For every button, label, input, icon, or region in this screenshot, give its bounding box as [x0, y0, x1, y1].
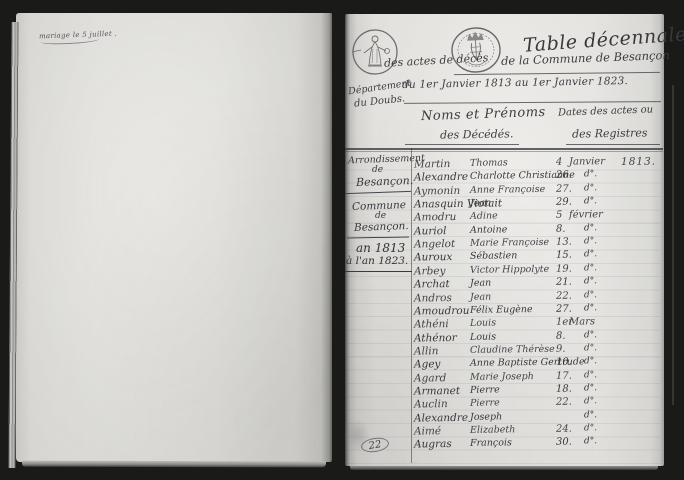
- dates-header-underline: [566, 144, 660, 145]
- margin-note-years-line2: à l'an 1823.: [346, 255, 408, 267]
- firstname-cell: Félix Eugène: [470, 304, 533, 316]
- date-day-cell: 22.: [556, 290, 572, 301]
- page-stack-edge-bottom-left: [22, 461, 326, 468]
- firstname-cell: Marie Françoise: [470, 237, 549, 249]
- crowned-monogram-stamp-icon: [448, 24, 505, 77]
- header-rule-secondary: [345, 151, 663, 152]
- date-ditto-cell: d°.: [584, 170, 597, 180]
- firstname-cell: Sébastien: [470, 251, 517, 263]
- surname-cell: Auriol: [414, 225, 447, 237]
- surname-cell: Aimé: [414, 425, 441, 437]
- date-day-cell: 24.: [556, 424, 572, 435]
- firstname-cell: Pierre: [470, 398, 500, 409]
- surname-cell: Allin: [414, 345, 439, 357]
- surname-cell: Amoudrou: [414, 305, 470, 318]
- firstname-cell: Louis: [470, 318, 496, 329]
- firstname-cell: Antoine: [470, 224, 507, 235]
- date-ditto-cell: d°.: [584, 423, 597, 433]
- date-ditto-cell: d°.: [584, 383, 597, 393]
- margin-note-commune-line3: Besançon.: [354, 220, 409, 234]
- margin-note-arrondissement-line3: Besançon.: [356, 174, 414, 189]
- date-day-cell: 4: [556, 157, 563, 168]
- firstname-cell: Claudine Thérèse: [470, 344, 555, 356]
- left-page: mariage le 5 juillet .: [16, 13, 332, 462]
- firstname-cell: François: [470, 438, 512, 450]
- date-day-cell: 26.: [556, 170, 572, 181]
- surname-cell: Alexandre: [414, 171, 468, 184]
- surname-cell: Andros: [414, 292, 452, 304]
- surname-cell: Alexandre: [414, 411, 468, 424]
- date-month-cell: Mars: [569, 316, 595, 327]
- date-ditto-cell: d°.: [584, 397, 597, 407]
- date-day-cell: 21.: [556, 277, 572, 288]
- firstname-cell: Adine: [470, 211, 498, 222]
- date-day-cell: 29.: [556, 197, 572, 208]
- column-header-names-line2: des Décédés.: [440, 127, 514, 141]
- book-scan: mariage le 5 juillet .: [0, 0, 684, 480]
- firstname-cell: Elizabeth: [470, 424, 515, 436]
- surname-cell: Angelot: [414, 238, 455, 251]
- surname-cell: Arbey: [414, 265, 446, 277]
- right-page: Table décennale des actes de décès de la…: [345, 14, 664, 466]
- firstname-cell: Jean: [470, 291, 491, 302]
- firstname-cell: Thomas: [470, 157, 508, 168]
- date-ditto-cell: d°.: [584, 410, 597, 420]
- date-year-cell: 1813.: [621, 156, 656, 168]
- date-month-cell: février: [569, 210, 603, 221]
- date-day-cell: 18.: [556, 384, 572, 395]
- date-day-cell: 17.: [556, 370, 572, 381]
- date-ditto-cell: d°.: [584, 250, 597, 260]
- header-rule: [345, 148, 663, 150]
- date-day-cell: 9.: [556, 344, 566, 355]
- surname-cell: Amodru: [414, 211, 457, 224]
- date-ditto-cell: d°.: [584, 370, 597, 380]
- surname-cell: Auroux: [414, 251, 453, 263]
- date-day-cell: 5: [556, 210, 563, 221]
- date-day-cell: 27.: [556, 183, 572, 194]
- firstname-cell: Jean: [470, 278, 491, 289]
- date-ditto-cell: d°.: [584, 357, 597, 367]
- ink-smudge: [343, 418, 371, 452]
- surname-cell: Aymonin: [414, 185, 460, 198]
- firstname-cell: Pierre: [470, 384, 500, 395]
- date-day-cell: 10.: [556, 357, 572, 368]
- surname-cell: Agard: [414, 372, 446, 384]
- firstname-cell: Victor Hippolyte: [470, 264, 549, 276]
- date-ditto-cell: d°.: [584, 437, 597, 447]
- column-header-dates-line2: des Registres: [572, 126, 648, 140]
- date-day-cell: 30.: [556, 437, 572, 448]
- surname-cell: Armanet: [414, 385, 460, 398]
- firstname-cell: Marie Joseph: [470, 371, 534, 383]
- surname-cell: Martin: [414, 158, 451, 170]
- margin-note-underline: [345, 271, 412, 272]
- firstname-cell: Louis: [470, 331, 496, 342]
- margin-note-arrondissement-line2: de: [372, 165, 383, 175]
- date-month-cell: Janvier: [569, 156, 605, 167]
- date-ditto-cell: d°.: [584, 183, 597, 193]
- firstname-cell: Joseph: [470, 411, 502, 422]
- date-day-cell: 27.: [556, 303, 572, 314]
- surname-cell: Auclin: [414, 398, 448, 410]
- date-ditto-cell: d°.: [584, 236, 597, 246]
- date-ditto-cell: d°.: [584, 223, 597, 233]
- date-ditto-cell: d°.: [584, 196, 597, 206]
- date-day-cell: 8.: [556, 330, 566, 341]
- date-day-cell: 19.: [556, 263, 572, 274]
- date-ditto-cell: d°.: [584, 343, 597, 353]
- date-ditto-cell: d°.: [584, 276, 597, 286]
- surname-cell: Archat: [414, 278, 450, 290]
- date-ditto-cell: d°.: [584, 303, 597, 313]
- surname-cell: Athéni: [414, 318, 449, 330]
- surname-cell: Agey: [414, 358, 441, 370]
- left-page-texture: [16, 13, 332, 462]
- firstname-cell: Jean: [470, 198, 491, 209]
- date-day-cell: 8.: [556, 223, 566, 234]
- date-ditto-cell: d°.: [584, 290, 597, 300]
- date-day-cell: 13.: [556, 237, 572, 248]
- date-day-cell: 22.: [556, 397, 572, 408]
- allegorical-figure-seal-icon: [349, 26, 401, 78]
- margin-note-commune-line2: de: [375, 211, 386, 221]
- firstname-cell: Anne Françoise: [470, 184, 545, 196]
- margin-note-years-line1: an 1813: [356, 241, 405, 255]
- following-page-edge: [672, 85, 674, 405]
- surname-cell: Athénor: [414, 332, 457, 345]
- surname-cell: Augras: [414, 438, 452, 450]
- date-ditto-cell: d°.: [584, 263, 597, 273]
- names-header-underline: [405, 144, 519, 145]
- date-day-cell: 15.: [556, 250, 572, 261]
- date-ditto-cell: d°.: [584, 330, 597, 340]
